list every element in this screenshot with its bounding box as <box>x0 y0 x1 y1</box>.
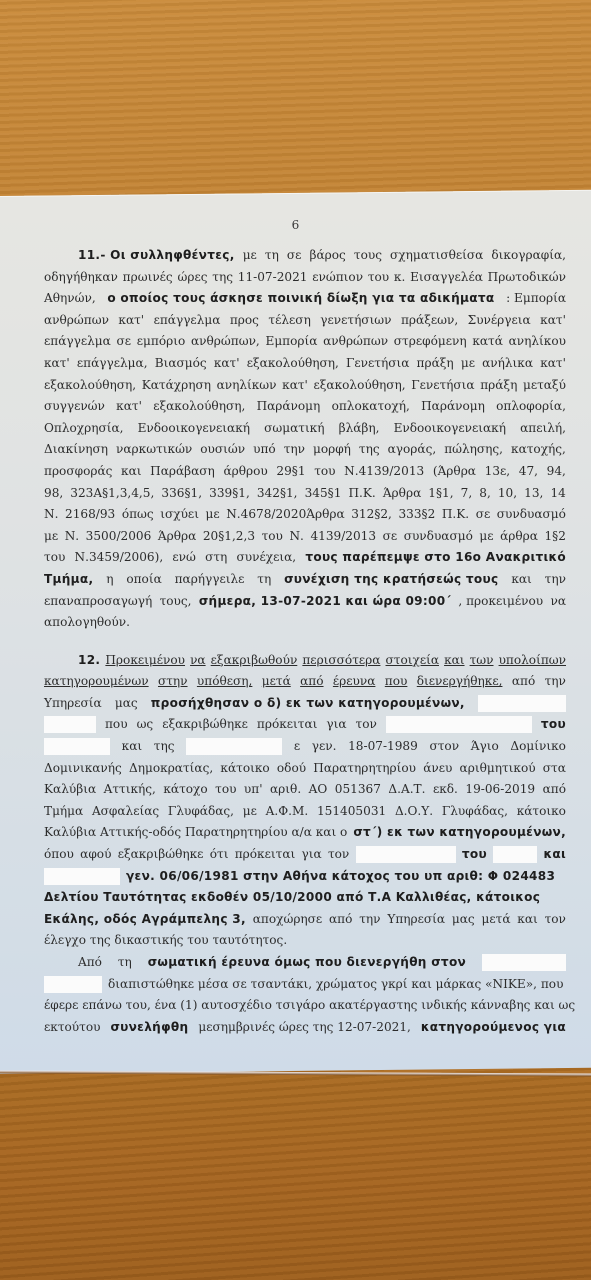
text-line: ΔομινικανήςΔημοκρατίας,κάτοικοοδούΠαρατη… <box>44 758 566 780</box>
text-line: ΤμήμαΑσφαλείαςΓλυφάδας,μεΑ.Φ.Μ.151405031… <box>44 801 566 823</box>
text-run: ώρες <box>177 267 207 289</box>
text-run: εξακριβώθηκε <box>118 844 204 866</box>
text-run: ναρκωτικών <box>116 439 192 461</box>
text-run: : Εμπορία <box>506 288 566 310</box>
text-run: 14 <box>550 483 565 505</box>
text-run: Παρατηρητηρίου <box>313 758 416 780</box>
text-run: απολογηθούν. <box>44 612 130 634</box>
text-run: τους παρέπεμψε στο 16ο Ανακριτικό <box>305 547 566 569</box>
text-run: στοιχεία <box>386 650 439 672</box>
text-run: βάρος <box>309 245 345 267</box>
text-run: προσφοράς <box>44 461 112 483</box>
text-run: υπό <box>253 439 276 461</box>
text-run: κατ' <box>282 375 308 397</box>
text-run: ως <box>137 714 154 736</box>
text-run: κατ' <box>116 396 142 418</box>
text-run: ενώπιον <box>312 267 363 289</box>
text-run: σήμερα, 13-07-2021 και ώρα 09:00΄ <box>199 591 451 613</box>
text-line: εξακολούθηση,Κατάχρησηανηλίκωνκατ'εξακολ… <box>44 375 566 397</box>
text-run: οδού <box>277 758 306 780</box>
text-run: Συνέργεια <box>468 310 531 332</box>
text-run: μεταξύ <box>523 375 566 397</box>
text-run: κατοχής, <box>511 439 566 461</box>
text-run: 345§1 <box>305 483 342 505</box>
text-run: έλεγχο της δικαστικής του ταυτότητος. <box>44 930 287 952</box>
text-run: με <box>461 353 475 375</box>
text-run: Παράνομη <box>421 396 485 418</box>
text-run: 98, <box>44 483 63 505</box>
text-run: του <box>368 267 389 289</box>
text-run: Εισαγγελέα <box>410 267 483 289</box>
text-run: κάτοχο <box>163 779 207 801</box>
text-run: προσήχθησαν ο δ) εκ των κατηγορουμένων, <box>151 693 465 715</box>
text-run: 151405031 <box>317 801 386 823</box>
text-run: Π.Κ. <box>348 483 375 505</box>
text-line: γεν. 06/06/1981 στην Αθήνα κάτοχος του υ… <box>44 866 566 888</box>
text-run: στ΄) εκ των κατηγορουμένων, <box>353 822 566 844</box>
text-run: από <box>329 909 352 931</box>
text-run: επαναπροσαγωγή <box>44 591 152 613</box>
text-run: 12. <box>78 650 100 672</box>
text-run: έρευνα <box>333 671 376 693</box>
paragraph-13: Απότησωματική έρευνα όμως που διενεργήθη… <box>44 952 566 1038</box>
text-run: οδηγήθηκαν <box>44 267 118 289</box>
text-run: του <box>262 526 283 548</box>
text-run: εμπόριο <box>137 331 186 353</box>
text-run: σωματική έρευνα όμως που διενεργήθη στον <box>148 952 466 974</box>
text-run: αριθμητικού <box>460 758 536 780</box>
text-run: από <box>300 671 323 693</box>
text-run: Οπλοχρησία, <box>44 418 124 440</box>
text-run: όπως <box>122 504 154 526</box>
text-run: Δομίνικο <box>510 736 566 758</box>
redaction-box <box>482 954 566 971</box>
text-run: Βιασμός <box>155 353 207 375</box>
text-run: συνέχεια, <box>237 547 297 569</box>
text-run: Άρθρα <box>383 483 421 505</box>
text-run: με <box>243 245 257 267</box>
text-run: πρόκειται <box>257 714 318 736</box>
text-run: που <box>385 671 408 693</box>
text-run: Τμήμα <box>44 801 83 823</box>
redaction-box <box>44 716 96 733</box>
text-line: εκτούτουσυνελήφθημεσημβρινές ώρες της 12… <box>44 1017 566 1039</box>
text-run: κατ' <box>118 310 144 332</box>
text-run: ότι <box>210 844 229 866</box>
text-line: ΚαλύβιαΑττικής,κάτοχοτουυπ'αριθ.ΑΟ051367… <box>44 779 566 801</box>
text-run: με <box>44 526 58 548</box>
redaction-box <box>493 846 537 863</box>
text-run: τον <box>356 714 377 736</box>
text-run: γενετήσιων <box>320 310 391 332</box>
text-run: των <box>470 650 494 672</box>
text-run: Καλύβια <box>44 779 96 801</box>
text-run: Παράβαση <box>150 461 215 483</box>
redaction-box <box>386 716 532 733</box>
text-run: 19-06-2019 <box>465 779 535 801</box>
text-run: οπλοφορία, <box>496 396 566 418</box>
text-run: κατηγορούμενος για <box>421 1017 566 1039</box>
text-run: οπλοκατοχή, <box>332 396 410 418</box>
text-run: για <box>302 844 322 866</box>
text-run: και <box>122 736 142 758</box>
text-run: Παράνομη <box>257 396 321 418</box>
text-run: εξακολούθηση, <box>153 396 245 418</box>
text-line: 11.- Οι συλληφθέντες,μετησεβάροςτουςσχημ… <box>44 245 566 267</box>
text-line: προσφοράςκαιΠαράβασηάρθρου29§1τουΝ.4139/… <box>44 461 566 483</box>
text-run: και <box>121 461 141 483</box>
text-run: 11-07-2021 <box>238 267 308 289</box>
text-run: Ν. <box>44 504 58 526</box>
text-run: Υπηρεσία <box>387 909 445 931</box>
text-run: την <box>545 671 566 693</box>
text-run: και <box>517 909 537 931</box>
text-run: μετά <box>262 671 291 693</box>
text-run: κατηγορουμένων <box>44 671 149 693</box>
redaction-box <box>356 846 456 863</box>
text-run: με <box>479 526 493 548</box>
text-run: 94, <box>547 461 566 483</box>
text-run: ενώ <box>172 547 195 569</box>
text-run: αγοράς, <box>388 439 437 461</box>
text-run: της <box>212 267 233 289</box>
text-run: συγγενών <box>44 396 105 418</box>
text-run: άρθρου <box>223 461 267 483</box>
text-line: Οπλοχρησία,Ενδοοικογενειακήσωματικήβλάβη… <box>44 418 566 440</box>
text-run: σχηματισθείσα <box>390 245 483 267</box>
text-run: εκτούτου <box>44 1017 100 1039</box>
text-run: 1§2 <box>544 526 565 548</box>
text-line: 98,323Α§1,3,4,5,336§1,339§1,342§1,345§1Π… <box>44 483 566 505</box>
text-run: 18-07-1989 <box>348 736 418 758</box>
text-run: πρωινές <box>123 267 173 289</box>
text-line: έφερε επάνω του, ένα (1) αυτοσχέδιο τσιγ… <box>44 995 566 1017</box>
text-line: Αθηνών,ο οποίος τους άσκησε ποινική δίωξ… <box>44 288 566 310</box>
text-run: της <box>359 439 380 461</box>
text-run: 47, <box>519 461 538 483</box>
text-run: ανηλίκων <box>217 375 277 397</box>
text-run: στρεφόμενη <box>394 331 467 353</box>
text-run: τον <box>545 909 566 931</box>
text-line: έλεγχο της δικαστικής του ταυτότητος. <box>44 930 566 952</box>
text-line: Υπηρεσίαμαςπροσήχθησαν ο δ) εκ των κατηγ… <box>44 693 566 715</box>
text-run: (Άρθρα <box>433 461 476 483</box>
text-run: Δομινικανής <box>44 758 122 780</box>
paragraph-11: 11.- Οι συλληφθέντες,μετησεβάροςτουςσχημ… <box>44 245 566 634</box>
wooden-table-surface <box>0 1075 591 1280</box>
text-line: τουΝ.3459/2006),ενώστησυνέχεια,τους παρέ… <box>44 547 566 569</box>
text-run: ανηλίκου <box>509 331 566 353</box>
redaction-box <box>44 976 102 993</box>
text-run: έφερε επάνω του, ένα (1) αυτοσχέδιο τσιγ… <box>44 995 575 1017</box>
text-run: Ενδοοικογενειακή <box>394 418 506 440</box>
text-run: γεν. 06/06/1981 στην Αθήνα κάτοχος του υ… <box>126 866 555 888</box>
text-run: συνδυασμό <box>404 526 473 548</box>
text-run: 29§1 <box>276 461 305 483</box>
text-run: εξακριβώθηκε <box>162 714 248 736</box>
text-run: τους <box>354 245 382 267</box>
text-run: Από <box>78 952 102 974</box>
text-run: κατ' <box>214 353 240 375</box>
text-run: υπολοίπων <box>499 650 566 672</box>
text-run: ανήλικα <box>482 353 533 375</box>
text-run: αποχώρησε <box>253 909 322 931</box>
text-run: Ν. <box>65 526 79 548</box>
text-run: αριθ. <box>270 779 301 801</box>
text-run: άρθρα <box>500 526 538 548</box>
redaction-box <box>478 695 566 712</box>
text-run: Π.Κ. <box>442 504 469 526</box>
paragraph-12: 12.Προκειμένουναεξακριβωθούνπερισσότερασ… <box>44 650 566 952</box>
text-run: Γλυφάδας, <box>168 801 234 823</box>
text-run: εκδ. <box>433 779 458 801</box>
text-run: Ενδοοικογενειακή <box>138 418 250 440</box>
text-run: εξακριβωθούν <box>211 650 298 672</box>
text-run: 13ε, <box>485 461 511 483</box>
text-run: διενεργήθηκε, <box>417 671 503 693</box>
text-run: υπ' <box>244 779 263 801</box>
text-run: ο οποίος τους άσκησε ποινική δίωξη για τ… <box>107 288 494 310</box>
text-run: άνευ <box>423 758 452 780</box>
text-run: την <box>545 569 566 591</box>
text-run: του <box>44 547 65 569</box>
text-run: να <box>550 591 566 613</box>
text-run: Γενετήσια <box>346 353 409 375</box>
redaction-box <box>186 738 282 755</box>
text-line: επάγγελμασεεμπόριοανθρώπων,Εμπορίαανθρώπ… <box>44 331 566 353</box>
text-run: σε <box>383 526 398 548</box>
text-run: κ. <box>394 267 405 289</box>
text-run: 11.- Οι συλληφθέντες, <box>78 245 235 267</box>
text-line: κατηγορουμένωνστηνυπόθεση,μετάαπόέρευναπ… <box>44 671 566 693</box>
text-run: επάγγελμα <box>44 331 111 353</box>
text-run: τη <box>257 569 271 591</box>
text-run: με <box>206 504 220 526</box>
text-line: ανθρώπωνκατ'επάγγελμαπροςτέλεσηγενετήσιω… <box>44 310 566 332</box>
text-run: προς <box>230 310 259 332</box>
text-run: γεν. <box>312 736 337 758</box>
text-run: η <box>106 569 113 591</box>
text-run: 2168/93 <box>65 504 115 526</box>
text-run: Δελτίου Ταυτότητας εκδοθέν 05/10/2000 απ… <box>44 887 540 909</box>
text-run: που <box>105 714 128 736</box>
text-run: την <box>359 909 380 931</box>
text-line: Διακίνησηναρκωτικώνουσιώνυπότηνμορφήτηςα… <box>44 439 566 461</box>
text-run: 312§2, <box>351 504 392 526</box>
text-run: του <box>215 779 236 801</box>
text-run: μορφή <box>313 439 351 461</box>
text-run: συνέχιση της κρατήσεώς τους <box>284 569 498 591</box>
text-run: και <box>444 650 464 672</box>
text-run: Άγιο <box>471 736 499 758</box>
text-run: κατ' <box>540 353 566 375</box>
text-line: απολογηθούν. <box>44 612 566 634</box>
text-run: τέλεση <box>268 310 310 332</box>
text-run: 051367 <box>335 779 381 801</box>
text-run: συνδυασμό <box>497 504 566 526</box>
text-run: της <box>154 736 175 758</box>
text-run: πράξεων, <box>401 310 458 332</box>
text-run: υπόθεση, <box>197 671 252 693</box>
text-run: και <box>543 844 566 866</box>
text-run: ανθρώπων, <box>191 331 260 353</box>
text-run: την <box>284 439 305 461</box>
text-run: Προκειμένου <box>105 650 185 672</box>
text-run: ισχύει <box>160 504 199 526</box>
text-run: κατ' <box>44 353 70 375</box>
text-run: εξακολούθηση, <box>314 375 406 397</box>
text-run: παρήγγειλε <box>175 569 245 591</box>
text-run: τη <box>118 952 132 974</box>
text-run: σε <box>287 245 302 267</box>
text-line: 12.Προκειμένουναεξακριβωθούνπερισσότερασ… <box>44 650 566 672</box>
text-run: μας <box>115 693 138 715</box>
text-run: πράξη <box>480 375 517 397</box>
text-run: από <box>543 779 566 801</box>
text-line: πουωςεξακριβώθηκεπρόκειταιγιατοντου <box>44 714 566 736</box>
text-run: 4139/2013 <box>310 526 376 548</box>
text-run: σε <box>117 331 132 353</box>
text-line: καιτηςεγεν.18-07-1989στονΆγιοΔομίνικο <box>44 736 566 758</box>
text-run: 339§1, <box>209 483 250 505</box>
text-run: 336§1, <box>161 483 202 505</box>
text-run: Καλύβια Αττικής-οδός Παρατηρητηρίου α/α … <box>44 822 347 844</box>
text-run: και <box>511 569 531 591</box>
text-run: σωματική <box>264 418 324 440</box>
text-run: Γενετήσια <box>411 375 474 397</box>
text-run: περισσότερα <box>302 650 380 672</box>
text-run: ΑΟ <box>309 779 328 801</box>
text-run: 20§1,2,3 <box>203 526 255 548</box>
text-run: στην <box>158 671 188 693</box>
text-run: στη <box>205 547 227 569</box>
text-run: Άρθρα <box>158 526 196 548</box>
text-run: πώλησης, <box>444 439 503 461</box>
text-line: Καλύβια Αττικής-οδός Παρατηρητηρίου α/α … <box>44 822 566 844</box>
text-run: τον <box>328 844 349 866</box>
text-run: 8, <box>479 483 491 505</box>
text-run: στα <box>543 758 566 780</box>
text-line: διαπιστώθηκε μέσα σε τσαντάκι, χρώματος … <box>44 974 566 996</box>
redaction-box <box>44 738 110 755</box>
text-run: 10, <box>498 483 517 505</box>
text-line: Τμήμα,ηοποίαπαρήγγειλετησυνέχιση της κρα… <box>44 569 566 591</box>
text-line: κατ'επάγγελμα,Βιασμόςκατ'εξακολούθηση,Γε… <box>44 353 566 375</box>
text-run: Ν. <box>289 526 303 548</box>
text-run: οποία <box>126 569 161 591</box>
text-run: αφού <box>80 844 111 866</box>
page-number: 6 <box>0 218 591 232</box>
text-run: Δ.Α.Τ. <box>388 779 425 801</box>
text-run: διαπιστώθηκε μέσα σε τσαντάκι, χρώματος … <box>108 974 563 996</box>
text-run: 342§1, <box>257 483 298 505</box>
text-line: Ν.2168/93όπωςισχύειμεΝ.4678/2020Άρθρα312… <box>44 504 566 526</box>
text-run: κατ' <box>540 310 566 332</box>
text-run: Κατάχρηση <box>142 375 211 397</box>
text-run: Εμπορία <box>265 331 317 353</box>
text-run: τη <box>265 245 279 267</box>
text-line: οδηγήθηκανπρωινέςώρεςτης11-07-2021ενώπιο… <box>44 267 566 289</box>
text-run: Γλυφάδας, <box>442 801 508 823</box>
text-run: ουσιών <box>200 439 245 461</box>
text-run: κάτοικο <box>517 801 566 823</box>
text-run: εξακολούθηση, <box>44 375 136 397</box>
text-run: να <box>190 650 206 672</box>
text-run: Τμήμα, <box>44 569 93 591</box>
text-line: συγγενώνκατ'εξακολούθηση,Παράνομηοπλοκατ… <box>44 396 566 418</box>
text-run: του <box>541 714 566 736</box>
text-run: Ν.4139/2013 <box>344 461 424 483</box>
document-body: 11.- Οι συλληφθέντες,μετησεβάροςτουςσχημ… <box>44 245 566 1038</box>
text-run: απειλή, <box>520 418 566 440</box>
text-run: ανθρώπων <box>323 331 388 353</box>
text-run: πράξη <box>417 353 454 375</box>
text-run: Δ.Ο.Υ. <box>395 801 433 823</box>
text-run: δικογραφία, <box>491 245 566 267</box>
text-run: στον <box>429 736 459 758</box>
text-line: όπουαφούεξακριβώθηκεότιπρόκειταιγιατοντο… <box>44 844 566 866</box>
text-run: 13, <box>524 483 543 505</box>
text-run: τους, <box>160 591 192 613</box>
text-line: Εκάλης, οδός Αγράμπελης 3,αποχώρησεαπότη… <box>44 909 566 931</box>
text-line: μεΝ.3500/2006Άρθρα20§1,2,3τουΝ.4139/2013… <box>44 526 566 548</box>
text-run: πρόκειται <box>235 844 296 866</box>
text-run: 333§2 <box>398 504 435 526</box>
text-run: ανθρώπων <box>44 310 109 332</box>
text-run: με <box>243 801 257 823</box>
text-run: Διακίνηση <box>44 439 108 461</box>
text-run: 7, <box>461 483 473 505</box>
text-run: κατά <box>472 331 503 353</box>
text-run: 3500/2006 <box>86 526 152 548</box>
text-run: για <box>326 714 346 736</box>
text-run: σε <box>476 504 491 526</box>
text-run: Εκάλης, οδός Αγράμπελης 3, <box>44 909 246 931</box>
text-run: Α.Φ.Μ. <box>266 801 309 823</box>
text-run: Δημοκρατίας, <box>129 758 213 780</box>
text-run: Πρωτοδικών <box>488 267 566 289</box>
text-run: 323Α§1,3,4,5, <box>70 483 154 505</box>
text-run: Υπηρεσία <box>44 693 102 715</box>
text-run: όπου <box>44 844 74 866</box>
text-run: μεσημβρινές ώρες της 12-07-2021, <box>198 1017 411 1039</box>
text-run: 1§1, <box>428 483 453 505</box>
text-line: Δελτίου Ταυτότητας εκδοθέν 05/10/2000 απ… <box>44 887 566 909</box>
text-run: του <box>314 461 335 483</box>
text-run: Ασφαλείας <box>92 801 159 823</box>
text-run: από <box>512 671 535 693</box>
text-run: Αθηνών, <box>44 288 96 310</box>
text-run: εξακολούθηση, <box>247 353 339 375</box>
text-run: μετά <box>482 909 511 931</box>
text-run: Ν.4678/2020Άρθρα <box>226 504 344 526</box>
text-line: Απότησωματική έρευνα όμως που διενεργήθη… <box>44 952 566 974</box>
text-line: επαναπροσαγωγήτους,σήμερα, 13-07-2021 κα… <box>44 591 566 613</box>
text-run: Αττικής, <box>104 779 156 801</box>
text-run: επάγγελμα <box>154 310 221 332</box>
text-run: Ν.3459/2006), <box>75 547 164 569</box>
text-run: μας <box>452 909 475 931</box>
text-run: βλάβη, <box>339 418 380 440</box>
text-run: επάγγελμα, <box>77 353 148 375</box>
text-run: του <box>462 844 487 866</box>
text-run: συνελήφθη <box>110 1017 188 1039</box>
redaction-box <box>44 868 120 885</box>
text-run: κάτοικο <box>220 758 269 780</box>
text-run: ε <box>294 736 300 758</box>
text-run: , προκειμένου <box>458 591 543 613</box>
